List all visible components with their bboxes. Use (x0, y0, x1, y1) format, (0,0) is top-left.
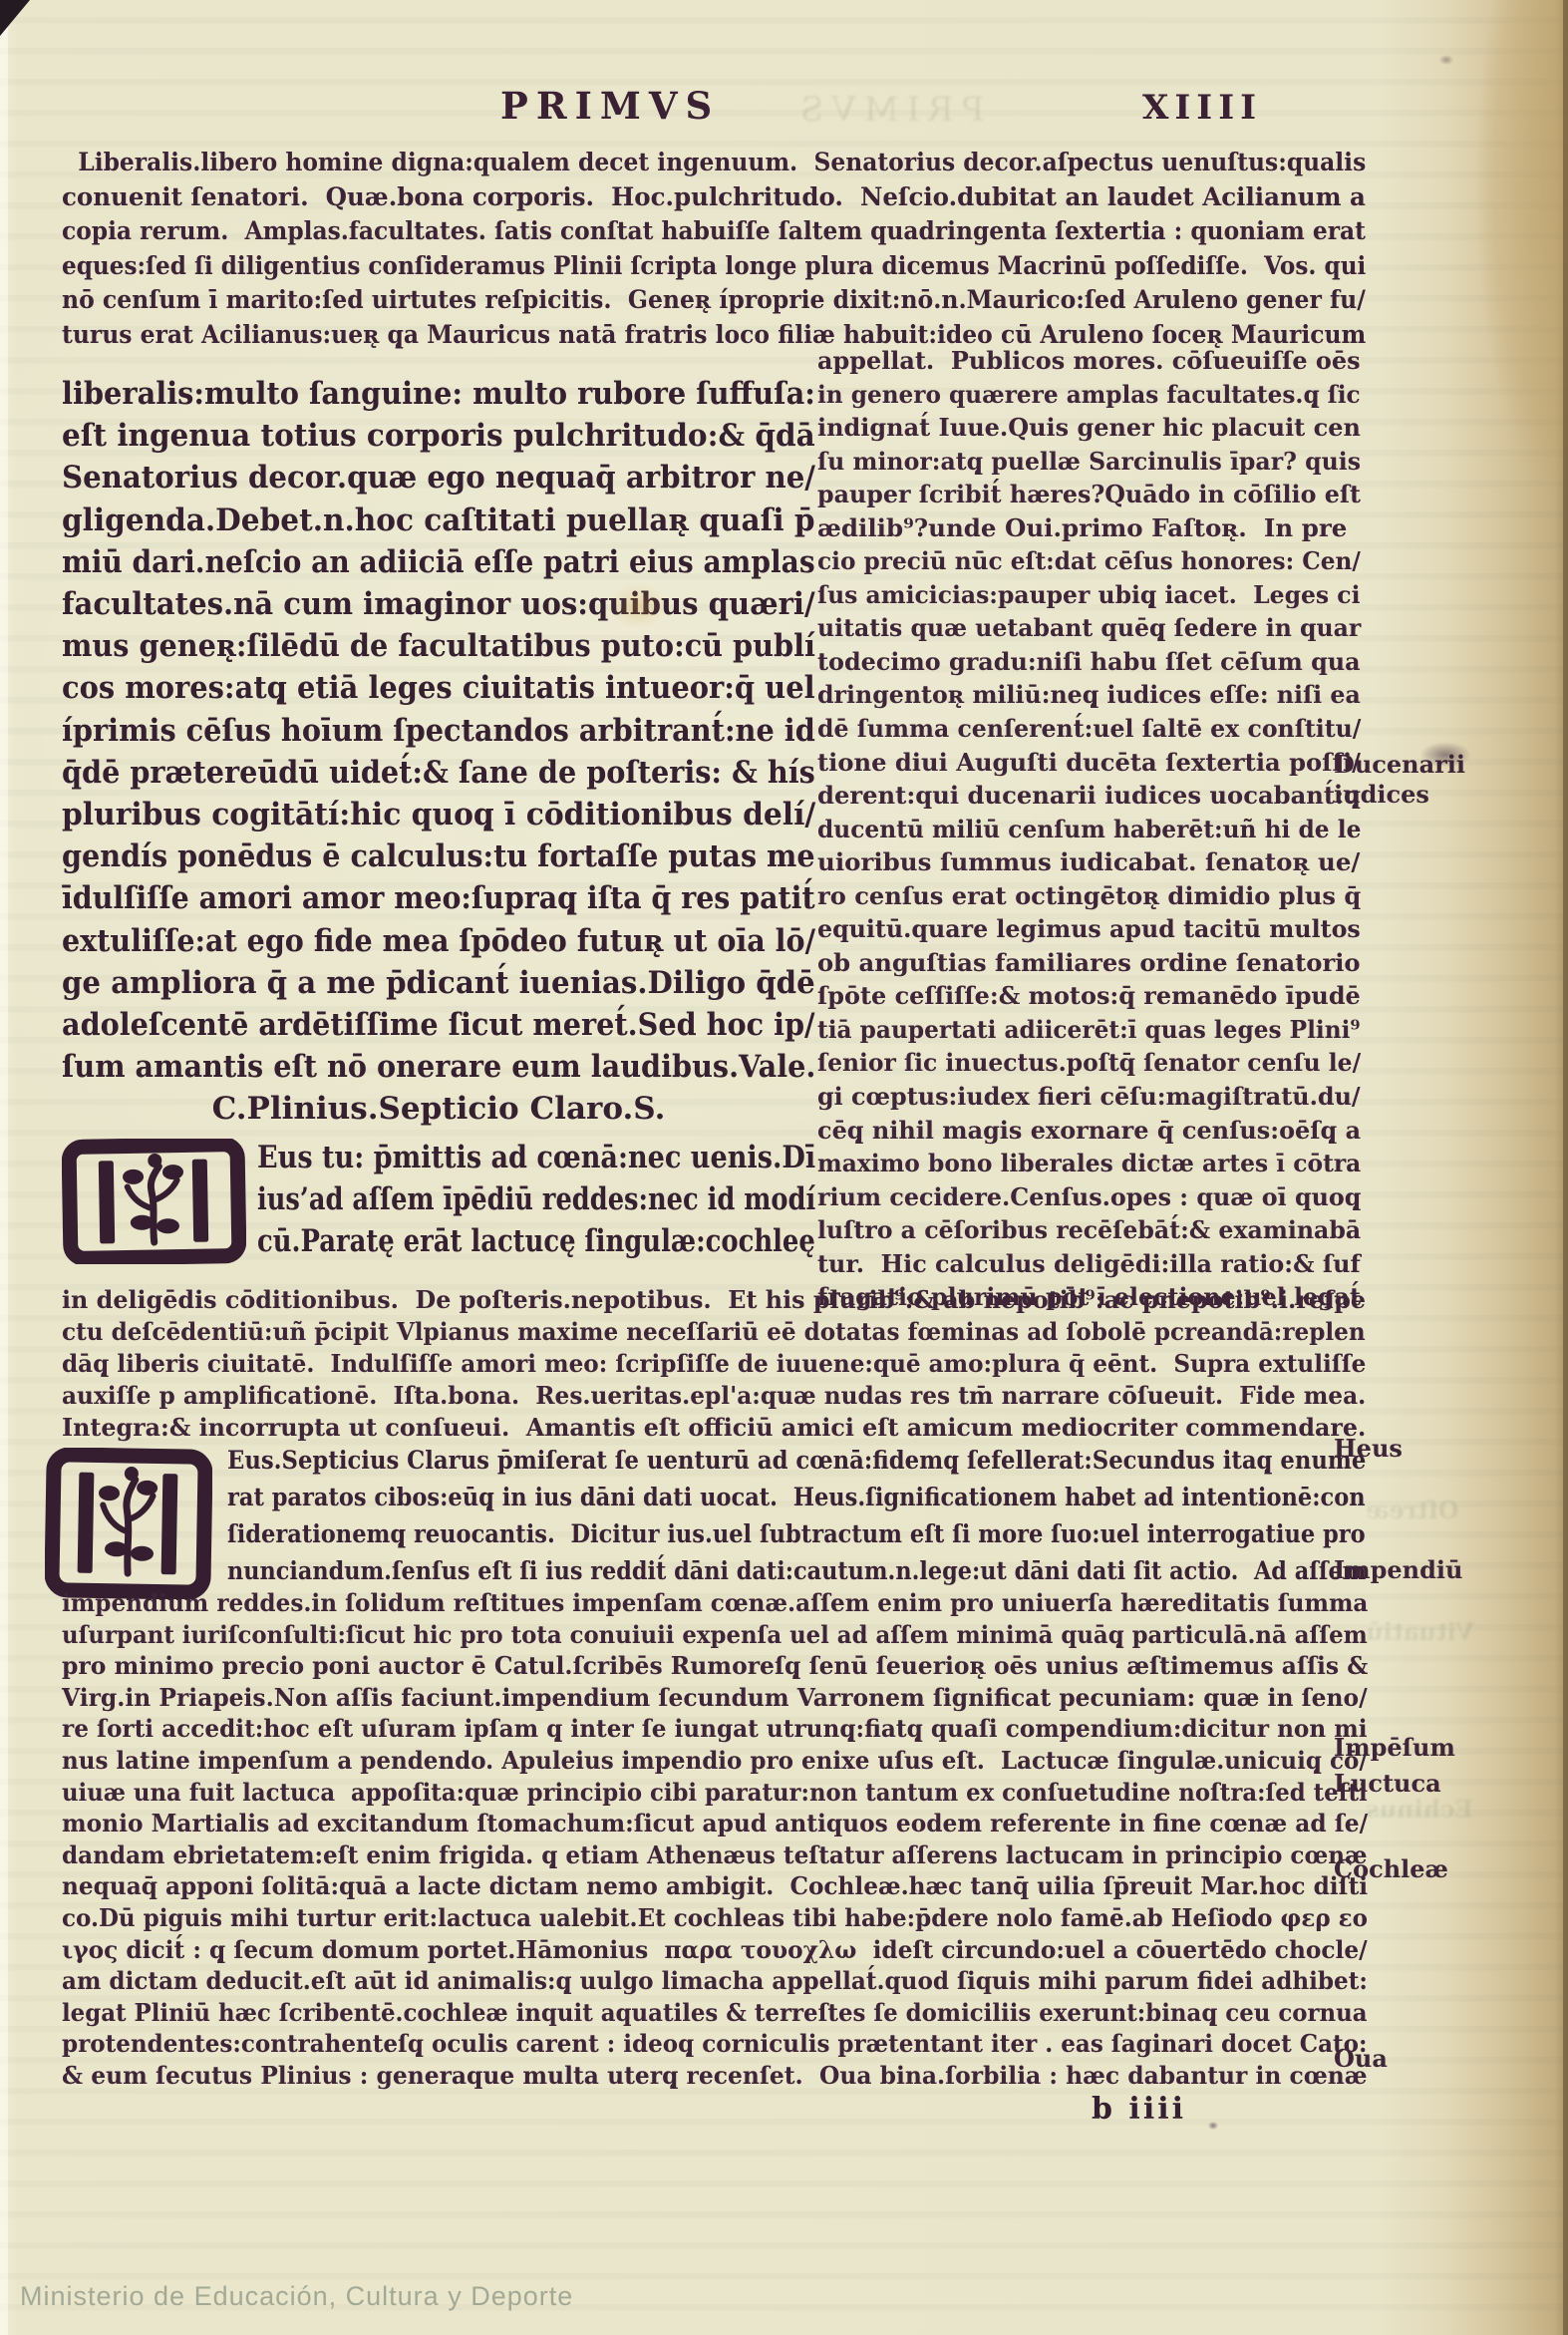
text-line: uitatis quæ uetabant quēq̨ ſedere in qua… (817, 611, 1340, 645)
text-line: cio preciū nūc eſt:dat cēſus honores: Ce… (817, 544, 1333, 578)
text-line: liberalis:multo ſanguine: multo rubore ſ… (62, 373, 763, 415)
text-line: co.Dū piguis mihi turtur erit:lactuca ua… (62, 1902, 1288, 1934)
mid-commentary-block: in deligēdis cōditionibus. De poſteris.n… (62, 1284, 1366, 1444)
text-line: dāq̨ liberis ciuitatē. Indulſiſſe amori … (62, 1348, 1292, 1380)
text-line: todecimo gradu:niſi habu ſſet cēſum qua (817, 645, 1347, 679)
text-line: pauper ſcribit́ hæres?Quādo in cōſilio e… (817, 478, 1345, 511)
letter-heading: C.Plinius.Septicio Claro.S. (62, 1091, 815, 1127)
text-line: protendentes:contrahenteſq̨ oculis caren… (62, 2028, 1289, 2060)
text-line: extuliſſe:at ego fide mea ſpōdeo futuʀ̨ … (62, 920, 756, 962)
text-line: ctu deſcēdentiū:uñ p̄cipit Vlpianus maxi… (62, 1316, 1291, 1348)
woodcut-initial-H (62, 1139, 246, 1264)
text-line: gi cœptus:iudex fieri cēſu:magiſtratū.du… (817, 1080, 1346, 1114)
scan-corner-artifact (0, 0, 30, 36)
text-line: nunciandum.ſenſus eſt ſi ius reddit́ dān… (227, 1552, 1245, 1589)
text-line: miū dari.neſcio an adiiciā eſſe patri ei… (62, 541, 744, 583)
text-line: legat Pliniū hæc ſcribentē.cochleæ inqui… (62, 1997, 1280, 2029)
text-line: q̄dē prætereūdū uidet́:& ſane de poſteri… (62, 752, 760, 794)
text-line: eſt ingenua totius corporis pulchritudo:… (62, 415, 779, 457)
text-line: Liberalis.libero homine digna:qualem dec… (62, 146, 1281, 180)
margin-lemma: iudices (1334, 780, 1429, 809)
text-line: uſurpant iuriſconſulti:ſicut hic pro tot… (62, 1619, 1278, 1651)
text-line: ſus amicicias:pauper ubiq̨ iacet. Leges … (817, 578, 1338, 612)
text-line: appellat. Publicos mores. cōſueuiſſe oēs (817, 344, 1348, 378)
text-line: tiā paupertati adiicerēt:ī quas leges Pl… (817, 1013, 1333, 1047)
text-line: ſum amantis eſt nō onerare eum laudibus.… (62, 1046, 760, 1088)
text-line: in deligēdis cōditionibus. De poſteris.n… (62, 1284, 1330, 1316)
text-line: gendís ponēdus ē calculus:tu fortaſſe pu… (62, 835, 759, 877)
page-fore-edge (1563, 0, 1568, 2335)
text-line: ſiderationemq̨ reuocantis. Dicitur ius.u… (227, 1515, 1253, 1552)
text-line: nequaq̄ apponi ſolitā:quā a lacte dictam… (62, 1870, 1298, 1902)
library-watermark: Ministerio de Educación, Cultura y Depor… (20, 2281, 573, 2312)
text-line: rium cecidere.Cenſus.opes : quæ oī quoq̨ (817, 1180, 1345, 1214)
ink-speck (1208, 2122, 1218, 2130)
text-line: ius’ad aſſem īpēdiū reddes:nec id modí (257, 1178, 720, 1220)
book-page-scan: PRIMVS PRIMVS XIIII Liberalis.libero hom… (0, 0, 1568, 2335)
ink-smudge (1419, 742, 1471, 768)
text-line: & eum ſecutus Plinius : generaque multa … (62, 2060, 1308, 2092)
text-line: re ſorti accedit:hoc eſt uſuram ipſam q̨… (62, 1713, 1296, 1745)
text-line: ſenior ſic inuectus.poſtq̄ ſenator cenſu… (817, 1046, 1337, 1080)
text-line: pluribus cogitātí:hic quoq̨ ī cōditionib… (62, 794, 784, 835)
text-line: íprimis cēſus hoīum ſpectandos arbitrant… (62, 710, 761, 752)
letter-text-column: liberalis:multo ſanguine: multo rubore ſ… (62, 373, 815, 1088)
text-line: tione diui Auguſti ducēta ſextertia poſſ… (817, 746, 1354, 780)
text-line: adoleſcentē ardētiſſime ſicut meret́.Sed… (62, 1004, 760, 1046)
folio-number: XIIII (1142, 88, 1262, 128)
margin-lemma: Impendiū (1334, 1555, 1462, 1584)
bottom-commentary-block: impendium reddes.in ſolidum reſtitues im… (62, 1587, 1368, 2092)
margin-lemma: Luctuca (1334, 1769, 1441, 1798)
text-line: maximo bono liberales dictæ artes ī cōtr… (817, 1147, 1335, 1180)
text-line: īdulſiſſe amori amor meo:ſupraq̨ iſta q̄… (62, 877, 754, 919)
text-line: ſu minor:atq̨ puellæ Sarcinulis īpar? qu… (817, 445, 1341, 479)
text-line: cū.Paratę erāt lactucę ſingulæ:cochleę (257, 1220, 723, 1262)
quire-signature: b iiii (1092, 2092, 1186, 2127)
second-letter-opening-lines: Eus.Septicius Clarus p̄miſerat ſe uentur… (227, 1442, 1366, 1589)
margin-show-through: Echinus (1366, 1795, 1473, 1824)
running-title: PRIMVS (500, 84, 720, 128)
text-line: ro cenſus erat octingētoʀ̨ dimidio plus … (817, 879, 1353, 913)
text-line: Eus tu: p̄mittis ad cœnā:nec uenis.Dī (257, 1137, 745, 1178)
text-line: ge ampliora q̄ a me p̄dicant́ iuenias.Di… (62, 962, 773, 1004)
text-line: Senatorius decor.quæ ego nequaq̄ arbitro… (62, 457, 772, 499)
text-line: am dictam deducit.eſt aūt id animalis:q̨… (62, 1965, 1293, 1997)
header-show-through: PRIMVS (792, 90, 985, 130)
text-line: conuenit ſenatori. Quæ.bona corporis. Ho… (62, 180, 1340, 215)
text-line: indignat́ Iuue.Quis gener hic placuit ce… (817, 411, 1349, 445)
margin-lemma: Cochleæ (1334, 1854, 1448, 1883)
commentary-column: appellat. Publicos mores. cōſueuiſſe oēs… (817, 344, 1361, 1314)
text-line: eques:ſed ſi diligentius conſideramus Pl… (62, 249, 1269, 284)
text-line: Virg.in Priapeis.Non aſſis faciunt.impen… (62, 1682, 1308, 1714)
text-line: ædilib⁹?unde Oui.primo Faſtoʀ̨. In pre (817, 511, 1361, 545)
text-line: pro minimo precio poni auctor ē Catul.ſc… (62, 1650, 1311, 1682)
text-line: Eus.Septicius Clarus p̄miſerat ſe uentur… (227, 1442, 1262, 1479)
text-line: nus latine impenſum a pendendo. Apuleius… (62, 1745, 1288, 1777)
text-line: monio Martialis ad excitandum ſtomachum:… (62, 1808, 1303, 1839)
text-line: Integra:& incorrupta ut conſueui. Amanti… (62, 1412, 1327, 1444)
margin-lemma: Oua (1334, 2044, 1388, 2073)
text-line: cos mores:atq̨ etiā leges ciuitatis intu… (62, 667, 765, 709)
margin-show-through: Oſtreæ (1366, 1496, 1459, 1524)
text-line: tur. Hic calculus deligēdi:illa ratio:& … (817, 1247, 1346, 1281)
text-line: nō cenſum ī marito:ſed uirtutes reſpicit… (62, 283, 1287, 318)
text-line: dringentoʀ̨ miliū:neq̨ iudices eſſe: niſ… (817, 678, 1343, 712)
paper-stain-small (608, 583, 668, 629)
woodcut-initial-H (45, 1448, 212, 1599)
text-line: uioribus ſummus iudicabat. ſenatoʀ̨ ue/ (817, 845, 1361, 879)
text-line: ιγος dicit́ : q̨ ſecum domum portet.Hāmo… (62, 1934, 1302, 1966)
text-line: ſpōte ceſſiſſe:& motos:q̄ remanēdo īpudē (817, 979, 1348, 1013)
text-line: ducentū miliū cenſum haberēt:uñ hi de le (817, 813, 1334, 846)
text-line: copia rerum. Amplas.facultates. ſatis co… (62, 214, 1278, 249)
text-line: luſtro a cēſoribus recēſebāt́:& examinab… (817, 1213, 1342, 1247)
text-line: uiuæ una fuit lactuca appoſita:quæ princ… (62, 1777, 1276, 1809)
text-line: dandam ebrietatem:eſt enim frigida. q̨ e… (62, 1839, 1293, 1871)
top-commentary-block: Liberalis.libero homine digna:qualem dec… (62, 146, 1366, 352)
scan-left-edge (0, 0, 8, 2335)
text-line: ob anguſtias familiares ordine ſenatorio (817, 946, 1355, 980)
text-line: dē ſumma cenſerent́:uel ſaltē ex conſtit… (817, 712, 1341, 746)
margin-lemma: Impēſum (1334, 1733, 1455, 1762)
margin-show-through: Vituatiū (1366, 1617, 1474, 1646)
ink-speck (1439, 55, 1453, 65)
text-line: cēq̨ nihil magis exornare q̄ cenſus:oēſq… (817, 1114, 1348, 1148)
text-line: auxiſſe p amplificationē. Iſta.bona. Res… (62, 1380, 1299, 1412)
text-line: mus geneʀ̨:ſilēdū de facultatibus puto:c… (62, 625, 760, 667)
text-line: gligenda.Debet.n.hoc caſtitati puellaʀ̨ … (62, 500, 781, 541)
text-line: rat paratos cibos:eūq̨ in ius dāni dati … (227, 1479, 1252, 1515)
text-line: in genero quærere amplas facultates.q̨ ſ… (817, 378, 1332, 412)
text-line: impendium reddes.in ſolidum reſtitues im… (62, 1587, 1295, 1619)
margin-lemma: Heus (1334, 1434, 1403, 1463)
text-line: equitū.quare legimus apud tacitū multos (817, 912, 1344, 946)
first-letter-opening-lines: Eus tu: p̄mittis ad cœnā:nec uenis.Dīius… (257, 1137, 815, 1263)
text-line: derent:qui ducenarii iudices uocabant́:q… (817, 779, 1355, 813)
